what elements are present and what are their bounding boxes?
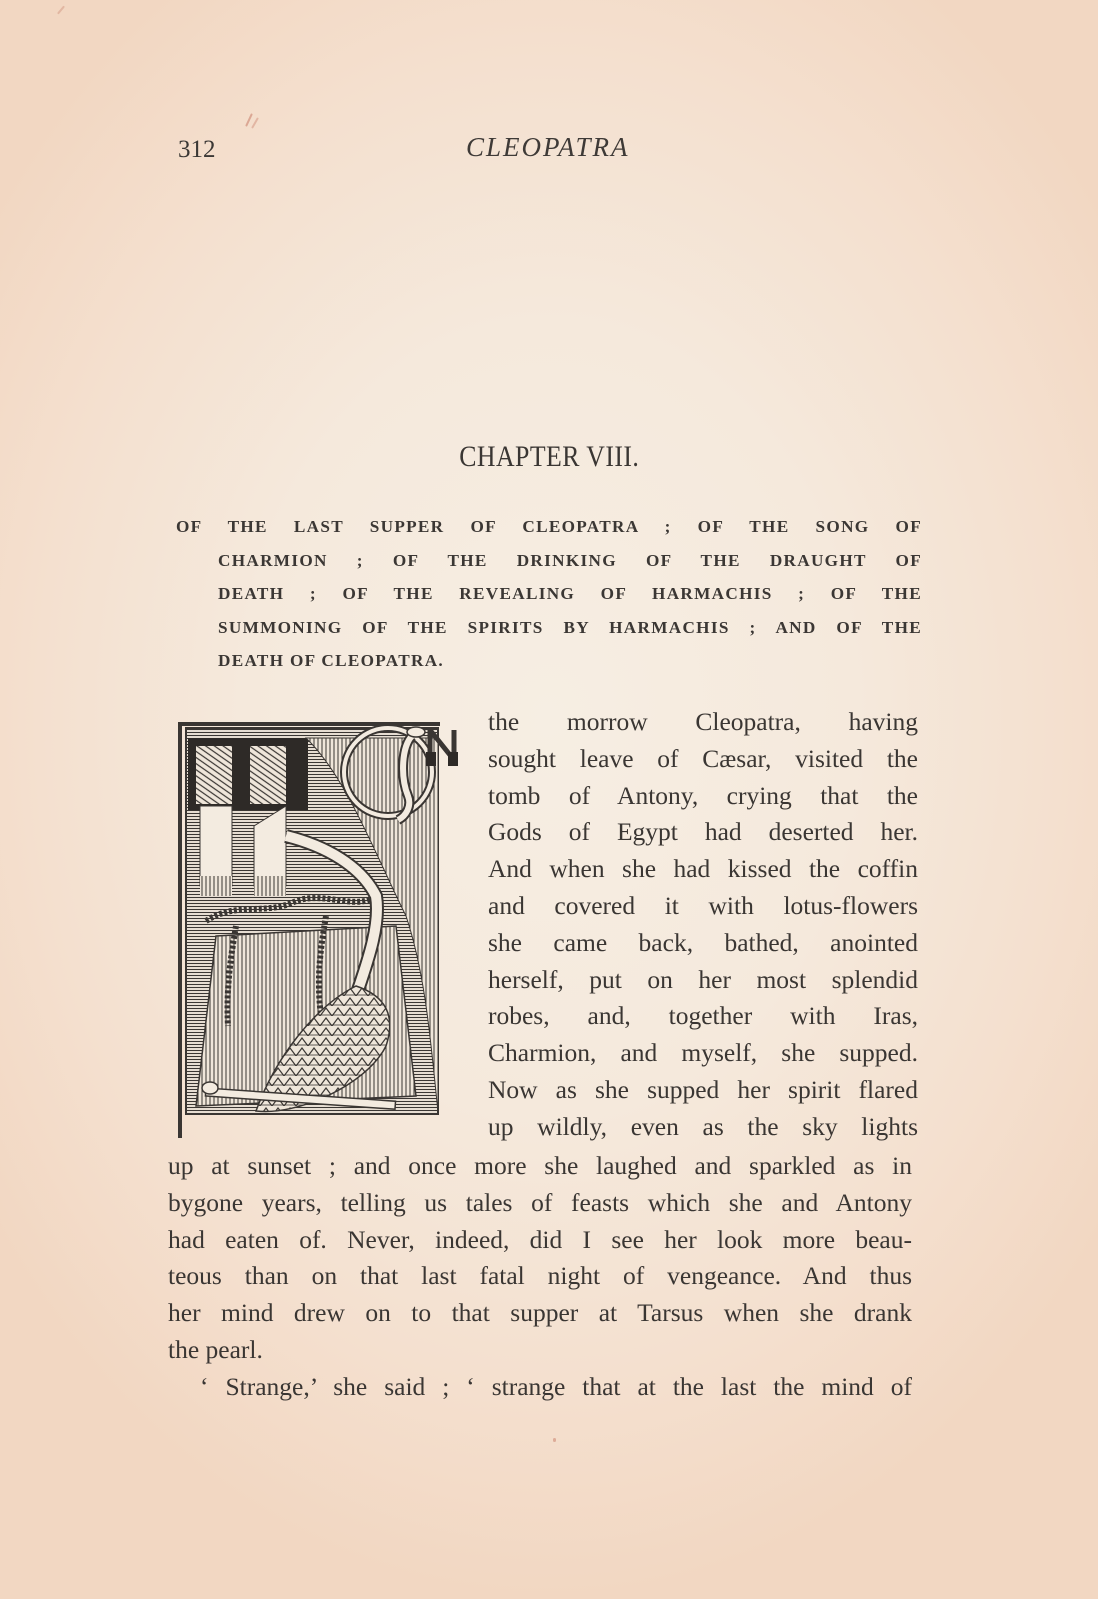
chapter-title: CHAPTER VIII. — [77, 440, 1021, 474]
text-line: bygone years, telling us tales of feasts… — [168, 1185, 912, 1222]
book-page: 312 CLEOPATRA CHAPTER VIII. OF THE LAST … — [0, 0, 1098, 1599]
summary-line: OF THE LAST SUPPER OF CLEOPATRA ; OF THE… — [176, 510, 922, 544]
decorative-initial-illustration — [176, 716, 462, 1140]
paper-fiber — [553, 1438, 556, 1442]
text-line: she came back, bathed, anointed — [488, 925, 918, 962]
engraving-icon — [176, 716, 462, 1140]
text-line: the morrow Cleopatra, having — [488, 704, 918, 741]
body-text-beside-illustration: the morrow Cleopatra, having sought leav… — [488, 704, 918, 1146]
page-number: 312 — [178, 136, 216, 164]
summary-line: CHARMION ; OF THE DRINKING OF THE DRAUGH… — [176, 544, 922, 578]
text-line: Gods of Egypt had deserted her. — [488, 814, 918, 851]
chapter-summary: OF THE LAST SUPPER OF CLEOPATRA ; OF THE… — [176, 510, 922, 678]
summary-line: SUMMONING OF THE SPIRITS BY HARMACHIS ; … — [176, 611, 922, 645]
text-line: had eaten of. Never, indeed, did I see h… — [168, 1222, 912, 1259]
paper-fiber — [251, 117, 259, 128]
running-title: CLEOPATRA — [466, 132, 630, 163]
paper-fiber — [57, 6, 65, 15]
text-line: Now as she supped her spirit flared — [488, 1072, 918, 1109]
text-line: herself, put on her most splendid — [488, 962, 918, 999]
text-line: sought leave of Cæsar, visited the — [488, 741, 918, 778]
text-line: up wildly, even as the sky lights — [488, 1109, 918, 1146]
text-line: robes, and, together with Iras, — [488, 998, 918, 1035]
text-line: teous than on that last fatal night of v… — [168, 1258, 912, 1295]
summary-line: DEATH ; OF THE REVEALING OF HARMACHIS ; … — [176, 577, 922, 611]
text-line: Charmion, and myself, she supped. — [488, 1035, 918, 1072]
text-line: and covered it with lotus-flowers — [488, 888, 918, 925]
text-line: up at sunset ; and once more she laughed… — [168, 1148, 912, 1185]
body-text-full-width: up at sunset ; and once more she laughed… — [168, 1148, 912, 1406]
running-head: 312 CLEOPATRA — [178, 132, 898, 172]
text-line: ‘ Strange,’ she said ; ‘ strange that at… — [168, 1369, 912, 1406]
text-line: her mind drew on to that supper at Tarsu… — [168, 1295, 912, 1332]
summary-line: DEATH OF CLEOPATRA. — [176, 644, 922, 678]
text-line: the pearl. — [168, 1332, 912, 1369]
text-line: And when she had kissed the coffin — [488, 851, 918, 888]
text-line: tomb of Antony, crying that the — [488, 778, 918, 815]
